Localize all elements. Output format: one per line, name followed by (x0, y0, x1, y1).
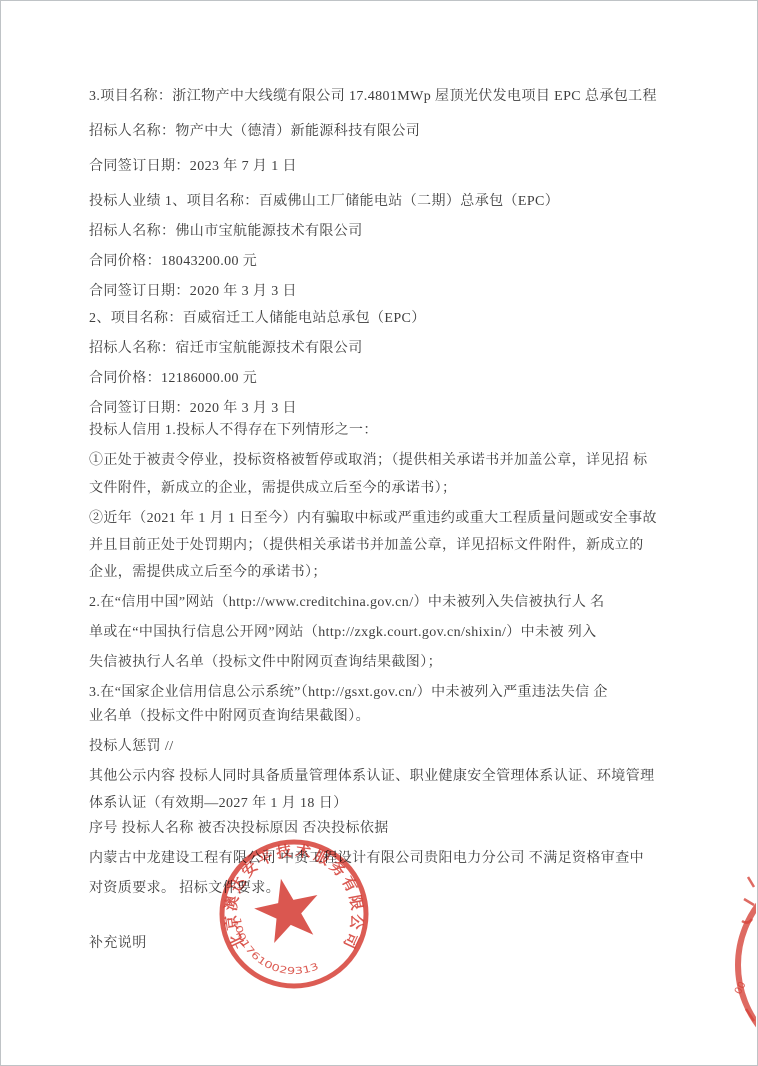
document-line: 招标人名称：佛山市宝航能源技术有限公司 (89, 222, 675, 242)
document-line: 单或在“中国执行信息公开网”网站（http://zxgk.court.gov.c… (89, 623, 675, 643)
document-line: 招标人名称：宿迁市宝航能源技术有限公司 (89, 339, 675, 359)
document-line: ②近年（2021 年 1 月 1 日至今）内有骗取中标或严重违约或重大工程质量问… (89, 509, 675, 529)
document-line: 合同价格：12186000.00 元 (89, 369, 675, 389)
company-seal-stamp: 北京澳达安平技术服务有限公司 10017610029313 (201, 821, 401, 1021)
document-line: 3.在“国家企业信用信息公示系统”（http://gsxt.gov.cn/）中未… (89, 683, 675, 703)
edge-seal-fragment: 00 (696, 859, 756, 1063)
document-line: 2.在“信用中国”网站（http://www.creditchina.gov.c… (89, 593, 675, 613)
document-line: 合同签订日期：2023 年 7 月 1 日 (89, 157, 675, 177)
document-page: 3.项目名称：浙江物产中大线缆有限公司 17.4801MWp 屋顶光伏发电项目 … (0, 0, 758, 1066)
document-line: 其他公示内容 投标人同时具备质量管理体系认证、职业健康安全管理体系认证、环境管理 (89, 767, 675, 787)
document-line: 业名单（投标文件中附网页查询结果截图）。 (89, 707, 675, 727)
document-line: 合同价格：18043200.00 元 (89, 252, 675, 272)
edge-seal-border (738, 865, 756, 1063)
document-line: 合同签订日期：2020 年 3 月 3 日 (89, 399, 675, 419)
document-line: 体系认证（有效期—2027 年 1 月 18 日） (89, 794, 675, 814)
document-line: 3.项目名称：浙江物产中大线缆有限公司 17.4801MWp 屋顶光伏发电项目 … (89, 87, 675, 107)
document-line: 企业，需提供成立后至今的承诺书）； (89, 563, 675, 583)
document-line: 投标人信用 1.投标人不得存在下列情形之一： (89, 421, 675, 441)
document-line: ①正处于被责令停业，投标资格被暂停或取消；（提供相关承诺书并加盖公章，详见招 标 (89, 451, 675, 471)
document-line: 文件附件，新成立的企业，需提供成立后至今的承诺书）； (89, 479, 675, 499)
edge-seal-digits: 00 (733, 980, 749, 996)
document-line: 失信被执行人名单（投标文件中附网页查询结果截图）； (89, 653, 675, 673)
document-line: 并且目前正处于处罚期内；（提供相关承诺书并加盖公章，详见招标文件附件，新成立的 (89, 536, 675, 556)
star-icon (249, 872, 325, 946)
document-line: 招标人名称：物产中大（德清）新能源科技有限公司 (89, 122, 675, 142)
document-line: 投标人惩罚 // (89, 737, 675, 757)
document-line: 投标人业绩 1、项目名称：百威佛山工厂储能电站（二期）总承包（EPC） (89, 192, 675, 212)
document-line: 合同签订日期：2020 年 3 月 3 日 (89, 282, 675, 302)
document-line: 2、项目名称：百威宿迁工人储能电站总承包（EPC） (89, 309, 675, 329)
